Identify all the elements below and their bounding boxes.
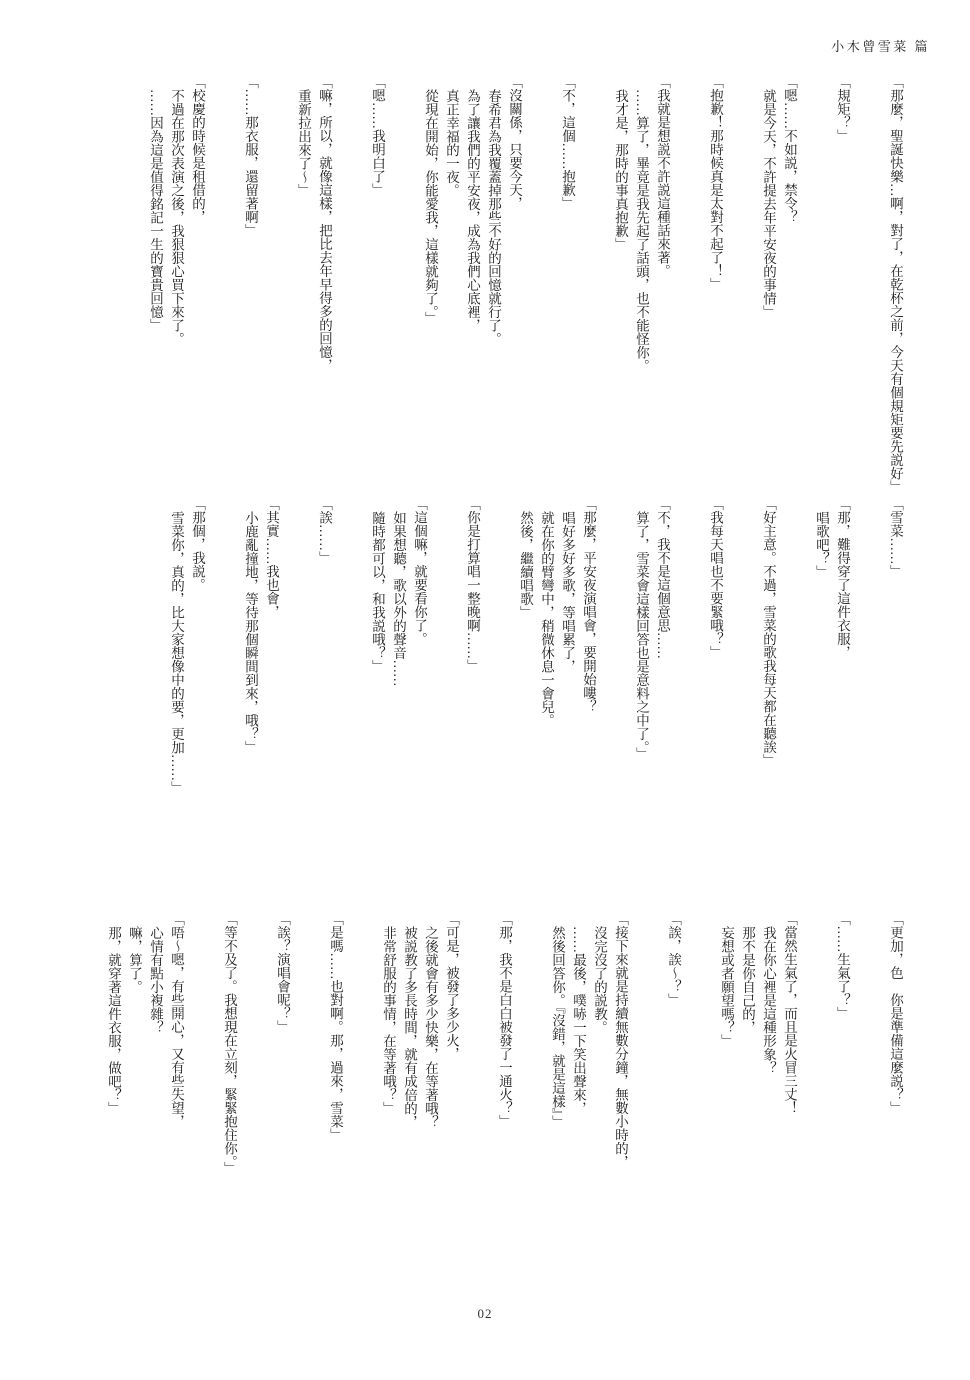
dialogue-line: ……最後，噗哧一下笑出聲來，	[568, 912, 589, 1308]
dialogue-quote: 「當然生氣了，而且是火冒三丈！我在你心裡是這種形象？那不是你自己的，妄想或者願望…	[716, 912, 800, 1308]
dialogue-line: 小鹿亂撞地，等待那個瞬間到來，哦？」	[240, 497, 261, 893]
dialogue-line: 「……那衣服，還留著啊」	[240, 75, 261, 471]
dialogue-line: 「我每天唱也不要緊哦？」	[705, 497, 726, 893]
dialogue-line: 「這個嘛，就要看你了。	[409, 497, 430, 893]
dialogue-quote: 「嘛，所以，就像這樣，把比去年早得多的回憶，重新拉出來了～」	[293, 75, 335, 471]
dialogue-line: 「嗯……不如説，禁令？	[779, 75, 800, 471]
dialogue-line: 「好主意。不過，雪菜的歌我每天都在聽誒」	[758, 497, 779, 893]
page-number: 02	[0, 1306, 970, 1322]
dialogue-quote: 「……那衣服，還留著啊」	[240, 75, 261, 471]
dialogue-line: 就在你的臂彎中，稍微休息一會兒。	[536, 497, 557, 893]
dialogue-line: 真正幸福的一夜。	[441, 75, 462, 471]
dialogue-line: 心情有點小複雜？	[145, 912, 166, 1308]
dialogue-line: 「誒，誒～？」	[663, 912, 684, 1308]
text-bands: 「那麼，聖誕快樂…啊，對了，在乾杯之前，今天有個規矩要先説好」「規矩？」「嗯………	[0, 0, 970, 1380]
dialogue-line: 被説教了多長時間，就有成倍的，	[399, 912, 420, 1308]
dialogue-line: 唱歌吧？」	[811, 497, 832, 893]
text-band-1: 「那麼，聖誕快樂…啊，對了，在乾杯之前，今天有個規矩要先説好」「規矩？」「嗯………	[113, 75, 906, 471]
dialogue-line: 那不是你自己的，	[737, 912, 758, 1308]
dialogue-line: 妄想或者願望嗎？」	[716, 912, 737, 1308]
dialogue-quote: 「抱歉！那時候真是太對不起了！」	[705, 75, 726, 471]
dialogue-quote: 「嗯……我明白了」	[367, 75, 388, 471]
dialogue-line: 就是今天，不許提去年平安夜的事情」	[758, 75, 779, 471]
dialogue-quote: 「誒……」	[314, 497, 335, 893]
dialogue-quote: 「校慶的時候是租借的，不過在那次表演之後，我狠狠心買下來了。……因為這是值得銘記…	[145, 75, 208, 471]
dialogue-line: 算了，雪菜會這樣回答也是意料之中了。」	[631, 497, 652, 893]
dialogue-line: 「雪菜……」	[885, 497, 906, 893]
novel-page: 小木曾雪菜 篇 「那麼，聖誕快樂…啊，對了，在乾杯之前，今天有個規矩要先説好」「…	[0, 0, 970, 1380]
dialogue-line: 「那麼，聖誕快樂…啊，對了，在乾杯之前，今天有個規矩要先説好」	[885, 75, 906, 471]
dialogue-line: 「更加，色 你是準備這麼説？」	[885, 912, 906, 1308]
dialogue-line: 我才是，那時的事真抱歉」	[610, 75, 631, 471]
dialogue-quote: 「可是，被發了多少火，之後就會有多少快樂，在等著哦？被説教了多長時間，就有成倍的…	[378, 912, 462, 1308]
dialogue-line: 「不，我不是這個意思……	[652, 497, 673, 893]
dialogue-line: 為了讓我們的平安夜，成為我們心底裡，	[462, 75, 483, 471]
dialogue-line: 「等不及了。我想現在立刻，緊緊抱住你。」	[219, 912, 240, 1308]
dialogue-quote: 「誒？演唱會呢？」	[272, 912, 293, 1308]
dialogue-quote: 「嗯……不如説，禁令？就是今天，不許提去年平安夜的事情」	[758, 75, 800, 471]
dialogue-line: 「可是，被發了多少火，	[441, 912, 462, 1308]
dialogue-line: 之後就會有多少快樂，在等著哦？	[420, 912, 441, 1308]
dialogue-quote: 「我每天唱也不要緊哦？」	[705, 497, 726, 893]
dialogue-line: 唱好多好多歌，等唱累了，	[557, 497, 578, 893]
dialogue-line: 隨時都可以，和我説哦？」	[367, 497, 388, 893]
dialogue-quote: 「那麼，聖誕快樂…啊，對了，在乾杯之前，今天有個規矩要先説好」	[885, 75, 906, 471]
text-band-3: 「更加，色 你是準備這麼説？」「……生氣了？」「當然生氣了，而且是火冒三丈！我在…	[71, 912, 906, 1308]
dialogue-line: 「嘛，所以，就像這樣，把比去年早得多的回憶，	[314, 75, 335, 471]
dialogue-quote: 「那個，我説。雪菜你，真的，比大家想像中的要，更加……」	[166, 497, 208, 893]
dialogue-line: 「接下來就是持續無數分鐘，無數小時的，	[610, 912, 631, 1308]
dialogue-line: 「規矩？」	[832, 75, 853, 471]
dialogue-quote: 「你是打算唱一整晚啊……」	[462, 497, 483, 893]
dialogue-line: 「那麼，平安夜演唱會，要開始嘍？	[578, 497, 599, 893]
dialogue-quote: 「那麼，平安夜演唱會，要開始嘍？唱好多好多歌，等唱累了，就在你的臂彎中，稍微休息…	[515, 497, 599, 893]
dialogue-quote: 「不，我不是這個意思……算了，雪菜會這樣回答也是意料之中了。」	[631, 497, 673, 893]
dialogue-line: 如果想聽，歌以外的聲音……	[388, 497, 409, 893]
dialogue-line: 春希君為我覆蓋掉那些不好的回憶就行了。	[483, 75, 504, 471]
dialogue-line: 「誒？演唱會呢？」	[272, 912, 293, 1308]
dialogue-line: 「沒關係，只要今天，	[504, 75, 525, 471]
dialogue-quote: 「……生氣了？」	[832, 912, 853, 1308]
dialogue-line: 嘛，算了。	[124, 912, 145, 1308]
dialogue-quote: 「是嗎……也對啊。那，過來，雪菜」	[325, 912, 346, 1308]
dialogue-line: 從現在開始，你能愛我，這樣就夠了。」	[420, 75, 441, 471]
dialogue-line: 然後，繼續唱歌」	[515, 497, 536, 893]
dialogue-quote: 「沒關係，只要今天，春希君為我覆蓋掉那些不好的回憶就行了。為了讓我們的平安夜，成…	[420, 75, 525, 471]
dialogue-line: ……算了，畢竟是我先起了話頭，也不能怪你。	[631, 75, 652, 471]
dialogue-quote: 「接下來就是持續無數分鐘，無數小時的，沒完沒了的説教。……最後，噗哧一下笑出聲來…	[547, 912, 631, 1308]
dialogue-quote: 「雪菜……」	[885, 497, 906, 893]
dialogue-line: 非常舒服的事情，在等著哦？」	[378, 912, 399, 1308]
dialogue-line: 「那，難得穿了這件衣服，	[832, 497, 853, 893]
dialogue-line: 「校慶的時候是租借的，	[187, 75, 208, 471]
dialogue-line: 「當然生氣了，而且是火冒三丈！	[779, 912, 800, 1308]
dialogue-quote: 「好主意。不過，雪菜的歌我每天都在聽誒」	[758, 497, 779, 893]
dialogue-quote: 「唔～嗯，有些開心，又有些失望，心情有點小複雜？嘛，算了。那，就穿著這件衣服，做…	[103, 912, 187, 1308]
dialogue-quote: 「誒，誒～？」	[663, 912, 684, 1308]
dialogue-line: 沒完沒了的説教。	[589, 912, 610, 1308]
dialogue-quote: 「等不及了。我想現在立刻，緊緊抱住你。」	[219, 912, 240, 1308]
dialogue-line: 「是嗎……也對啊。那，過來，雪菜」	[325, 912, 346, 1308]
dialogue-line: 「那個，我説。	[187, 497, 208, 893]
dialogue-line: ……因為這是值得銘記一生的寶貴回憶」	[145, 75, 166, 471]
dialogue-line: 雪菜你，真的，比大家想像中的要，更加……」	[166, 497, 187, 893]
dialogue-quote: 「我就是想説不許説這種話來著。……算了，畢竟是我先起了話頭，也不能怪你。我才是，…	[610, 75, 673, 471]
dialogue-line: 不過在那次表演之後，我狠狠心買下來了。	[166, 75, 187, 471]
dialogue-quote: 「那，難得穿了這件衣服，唱歌吧？」	[811, 497, 853, 893]
dialogue-line: 重新拉出來了～」	[293, 75, 314, 471]
dialogue-quote: 「更加，色 你是準備這麼説？」	[885, 912, 906, 1308]
dialogue-line: 「抱歉！那時候真是太對不起了！」	[705, 75, 726, 471]
dialogue-line: 「我就是想説不許説這種話來著。	[652, 75, 673, 471]
dialogue-line: 「你是打算唱一整晚啊……」	[462, 497, 483, 893]
dialogue-quote: 「規矩？」	[832, 75, 853, 471]
dialogue-quote: 「這個嘛，就要看你了。如果想聽，歌以外的聲音……隨時都可以，和我説哦？」	[367, 497, 430, 893]
dialogue-line: 然後回答你。『沒錯，就是這樣』」	[547, 912, 568, 1308]
dialogue-line: 「不，這個……抱歉」	[557, 75, 578, 471]
dialogue-line: 那，就穿著這件衣服，做吧？」	[103, 912, 124, 1308]
dialogue-line: 「誒……」	[314, 497, 335, 893]
dialogue-line: 「嗯……我明白了」	[367, 75, 388, 471]
dialogue-line: 「其實……我也會，	[261, 497, 282, 893]
dialogue-quote: 「那，我不是白白被發了一通火？」	[494, 912, 515, 1308]
dialogue-line: 「唔～嗯，有些開心，又有些失望，	[166, 912, 187, 1308]
dialogue-quote: 「不，這個……抱歉」	[557, 75, 578, 471]
dialogue-line: 「那，我不是白白被發了一通火？」	[494, 912, 515, 1308]
dialogue-line: 我在你心裡是這種形象？	[758, 912, 779, 1308]
dialogue-quote: 「其實……我也會，小鹿亂撞地，等待那個瞬間到來，哦？」	[240, 497, 282, 893]
text-band-2: 「雪菜……」「那，難得穿了這件衣服，唱歌吧？」「好主意。不過，雪菜的歌我每天都在…	[134, 497, 906, 893]
dialogue-line: 「……生氣了？」	[832, 912, 853, 1308]
